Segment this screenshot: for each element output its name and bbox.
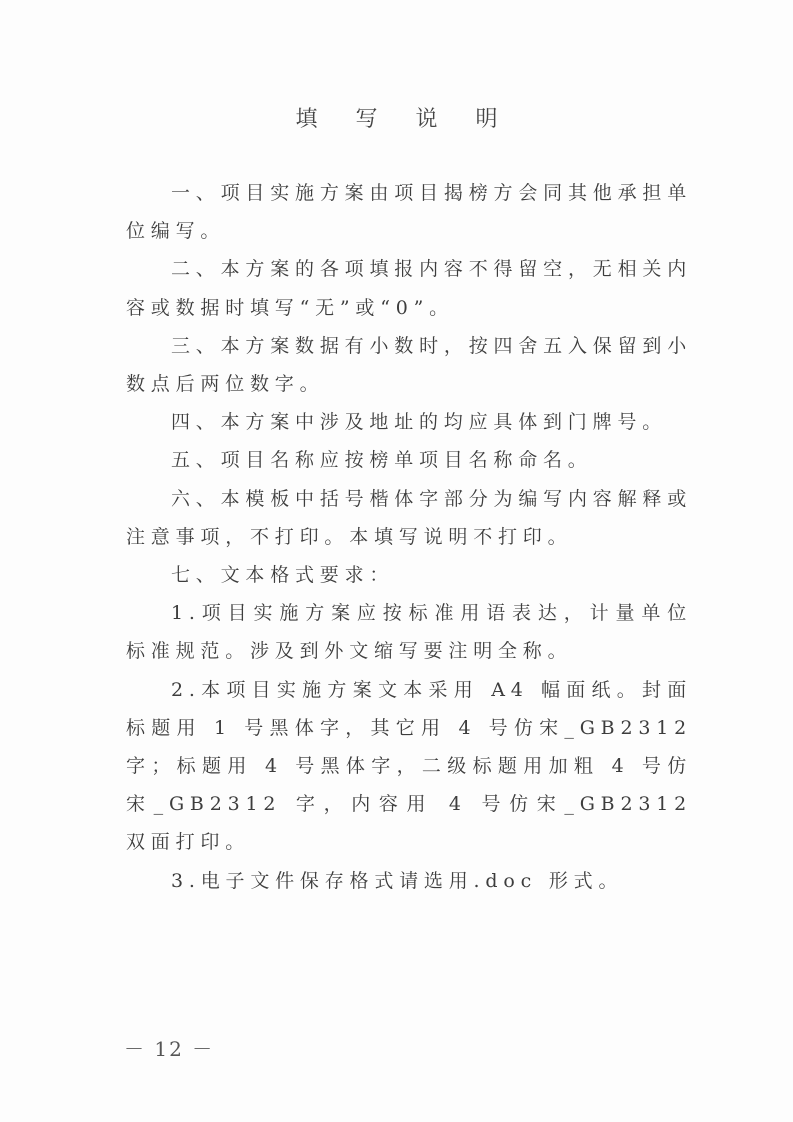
instruction-paragraph-5: 五、项目名称应按榜单项目名称命名。	[126, 441, 692, 479]
format-requirement-2: 2.本项目实施方案文本采用 A4 幅面纸。封面标题用 1 号黑体字，其它用 4 …	[126, 671, 692, 862]
document-page: 填写说明 一、项目实施方案由项目揭榜方会同其他承担单位编写。 二、本方案的各项填…	[0, 0, 793, 1122]
instruction-paragraph-1: 一、项目实施方案由项目揭榜方会同其他承担单位编写。	[126, 174, 692, 250]
instructions-body: 一、项目实施方案由项目揭榜方会同其他承担单位编写。 二、本方案的各项填报内容不得…	[126, 174, 692, 900]
instruction-paragraph-4: 四、本方案中涉及地址的均应具体到门牌号。	[126, 403, 692, 441]
format-requirement-1: 1.项目实施方案应按标准用语表达，计量单位标准规范。涉及到外文缩写要注明全称。	[126, 594, 692, 670]
instruction-paragraph-6: 六、本模板中括号楷体字部分为编写内容解释或注意事项，不打印。本填写说明不打印。	[126, 480, 692, 556]
instruction-paragraph-2: 二、本方案的各项填报内容不得留空，无相关内容或数据时填写“无”或“0”。	[126, 250, 692, 326]
instruction-paragraph-7: 七、文本格式要求：	[126, 556, 692, 594]
page-number: － 12 －	[124, 1033, 214, 1062]
format-requirement-3: 3.电子文件保存格式请选用.doc 形式。	[126, 862, 692, 900]
page-title: 填写说明	[0, 102, 793, 133]
instruction-paragraph-3: 三、本方案数据有小数时，按四舍五入保留到小数点后两位数字。	[126, 327, 692, 403]
